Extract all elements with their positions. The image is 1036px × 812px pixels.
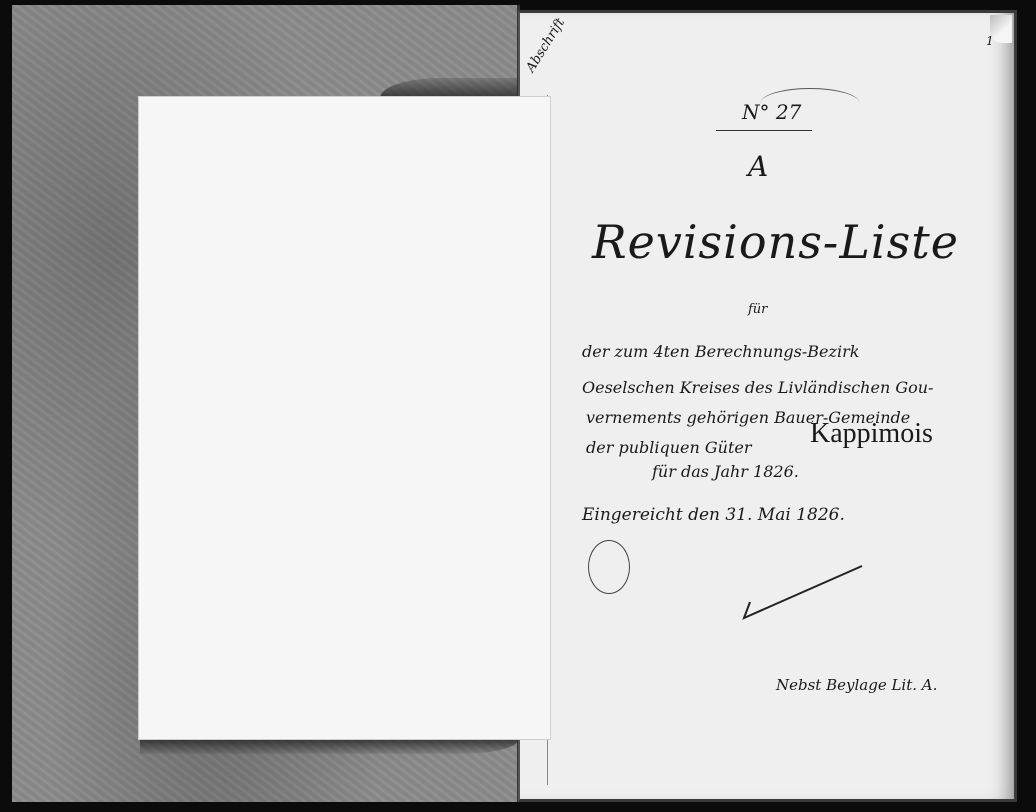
- place-name: Kappimois: [810, 418, 933, 450]
- check-mark-icon: [742, 560, 872, 620]
- body-line: Oeselschen Kreises des Livländischen Gou…: [582, 378, 933, 397]
- document-title: Revisions-Liste: [592, 215, 959, 269]
- date-line: Eingereicht den 31. Mai 1826.: [582, 505, 845, 525]
- manuscript-page: [518, 10, 1017, 802]
- flourish: [588, 540, 630, 594]
- footer-note: Nebst Beylage Lit. A.: [776, 676, 937, 694]
- folio-number: 1: [986, 34, 994, 48]
- number-underline: [716, 130, 812, 131]
- section-letter: A: [748, 150, 768, 183]
- body-line: der publiquen Güter: [586, 438, 752, 457]
- scanned-document: Abschrift 1 N° 27 A Revisions-Liste für …: [0, 0, 1036, 812]
- body-line: der zum 4ten Berechnungs-Bezirk: [582, 342, 859, 361]
- document-number: N° 27: [742, 100, 801, 124]
- blank-attached-slip: [138, 96, 551, 740]
- year-line: für das Jahr 1826.: [652, 462, 799, 481]
- cover-shadow: [140, 738, 518, 754]
- preposition: für: [748, 302, 767, 317]
